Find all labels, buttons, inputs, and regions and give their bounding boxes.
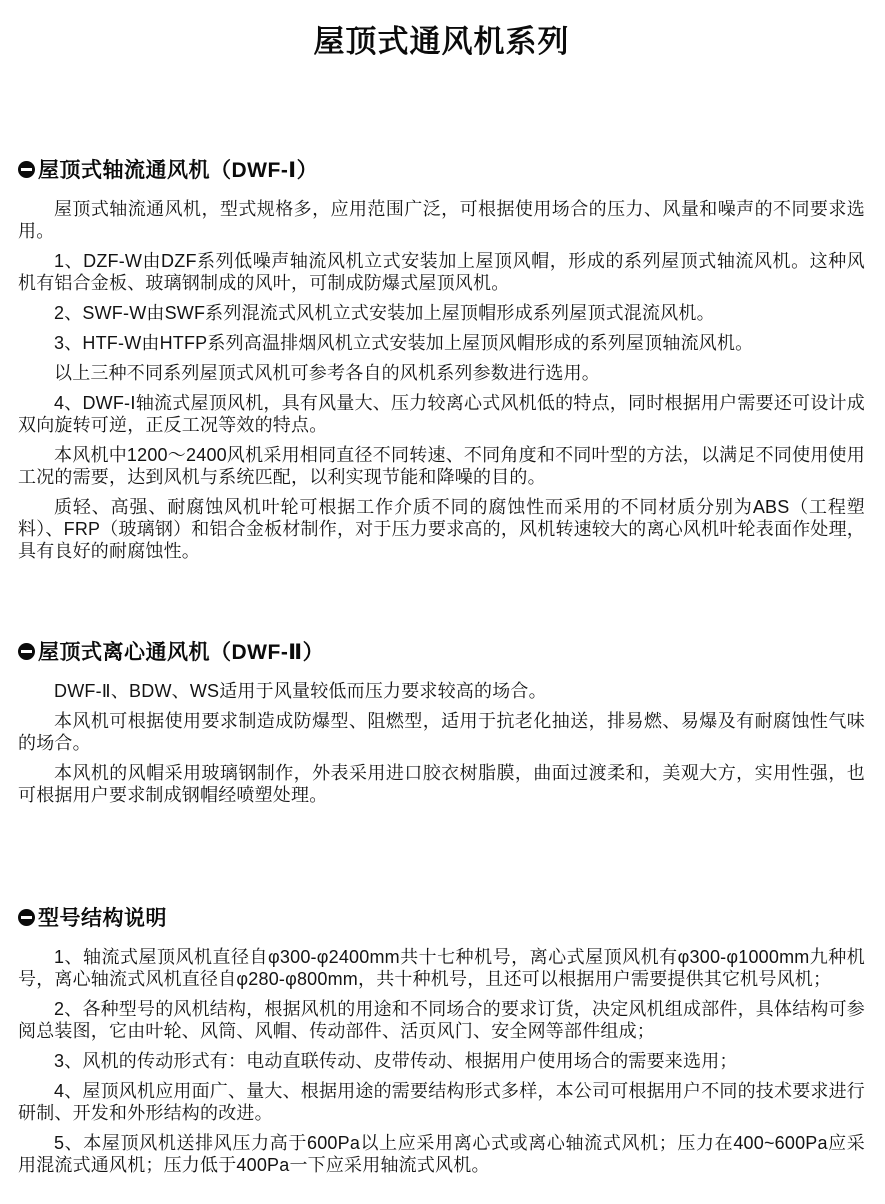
paragraph: 本风机可根据使用要求制造成防爆型、阻燃型，适用于抗老化抽送，排易燃、易爆及有耐腐… — [18, 710, 865, 754]
paragraph: 1、DZF-W由DZF系列低噪声轴流风机立式安装加上屋顶风帽，形成的系列屋顶式轴… — [18, 250, 865, 294]
minus-circle-bullet-icon — [18, 909, 35, 926]
minus-circle-bullet-icon — [18, 643, 35, 660]
paragraph: 质轻、高强、耐腐蚀风机叶轮可根据工作介质不同的腐蚀性而采用的不同材质分别为ABS… — [18, 496, 865, 562]
paragraph: 3、风机的传动形式有：电动直联传动、皮带传动、根据用户使用场合的需要来选用； — [18, 1050, 865, 1072]
paragraph: 2、SWF-W由SWF系列混流式风机立式安装加上屋顶帽形成系列屋顶式混流风机。 — [18, 302, 865, 324]
section-heading-label: 屋顶式离心通风机（DWF-Ⅱ） — [38, 636, 324, 666]
paragraph: 3、HTF-W由HTFP系列高温排烟风机立式安装加上屋顶风帽形成的系列屋顶轴流风… — [18, 332, 865, 354]
paragraph: DWF-Ⅱ、BDW、WS适用于风量较低而压力要求较高的场合。 — [18, 680, 865, 702]
section-heading: 型号结构说明 — [18, 902, 865, 932]
section-model-structure-notes: 型号结构说明 1、轴流式屋顶风机直径自φ300-φ2400mm共十七种机号，离心… — [18, 902, 865, 1176]
page-title: 屋顶式通风机系列 — [18, 16, 865, 61]
section-axial-roof-fan: 屋顶式轴流通风机（DWF-Ⅰ） 屋顶式轴流通风机，型式规格多，应用范围广泛，可根… — [18, 154, 865, 562]
section-heading: 屋顶式轴流通风机（DWF-Ⅰ） — [18, 154, 865, 184]
section-heading-label: 屋顶式轴流通风机（DWF-Ⅰ） — [38, 154, 318, 184]
paragraph: 1、轴流式屋顶风机直径自φ300-φ2400mm共十七种机号，离心式屋顶风机有φ… — [18, 946, 865, 990]
section-heading-label: 型号结构说明 — [38, 902, 167, 932]
minus-circle-bullet-icon — [18, 161, 35, 178]
paragraph: 以上三种不同系列屋顶式风机可参考各自的风机系列参数进行选用。 — [18, 362, 865, 384]
section-heading: 屋顶式离心通风机（DWF-Ⅱ） — [18, 636, 865, 666]
paragraph: 屋顶式轴流通风机，型式规格多，应用范围广泛，可根据使用场合的压力、风量和噪声的不… — [18, 198, 865, 242]
paragraph: 本风机中1200～2400风机采用相同直径不同转速、不同角度和不同叶型的方法，以… — [18, 444, 865, 488]
paragraph: 4、DWF-Ⅰ轴流式屋顶风机，具有风量大、压力较离心式风机低的特点，同时根据用户… — [18, 392, 865, 436]
paragraph: 2、各种型号的风机结构，根据风机的用途和不同场合的要求订货，决定风机组成部件，具… — [18, 998, 865, 1042]
paragraph: 4、屋顶风机应用面广、量大、根据用途的需要结构形式多样，本公司可根据用户不同的技… — [18, 1080, 865, 1124]
document-page: 屋顶式通风机系列 屋顶式轴流通风机（DWF-Ⅰ） 屋顶式轴流通风机，型式规格多，… — [0, 0, 885, 1204]
section-centrifugal-roof-fan: 屋顶式离心通风机（DWF-Ⅱ） DWF-Ⅱ、BDW、WS适用于风量较低而压力要求… — [18, 636, 865, 806]
paragraph: 5、本屋顶风机送排风压力高于600Pa以上应采用离心式或离心轴流式风机；压力在4… — [18, 1132, 865, 1176]
paragraph: 本风机的风帽采用玻璃钢制作，外表采用进口胶衣树脂膜，曲面过渡柔和，美观大方，实用… — [18, 762, 865, 806]
